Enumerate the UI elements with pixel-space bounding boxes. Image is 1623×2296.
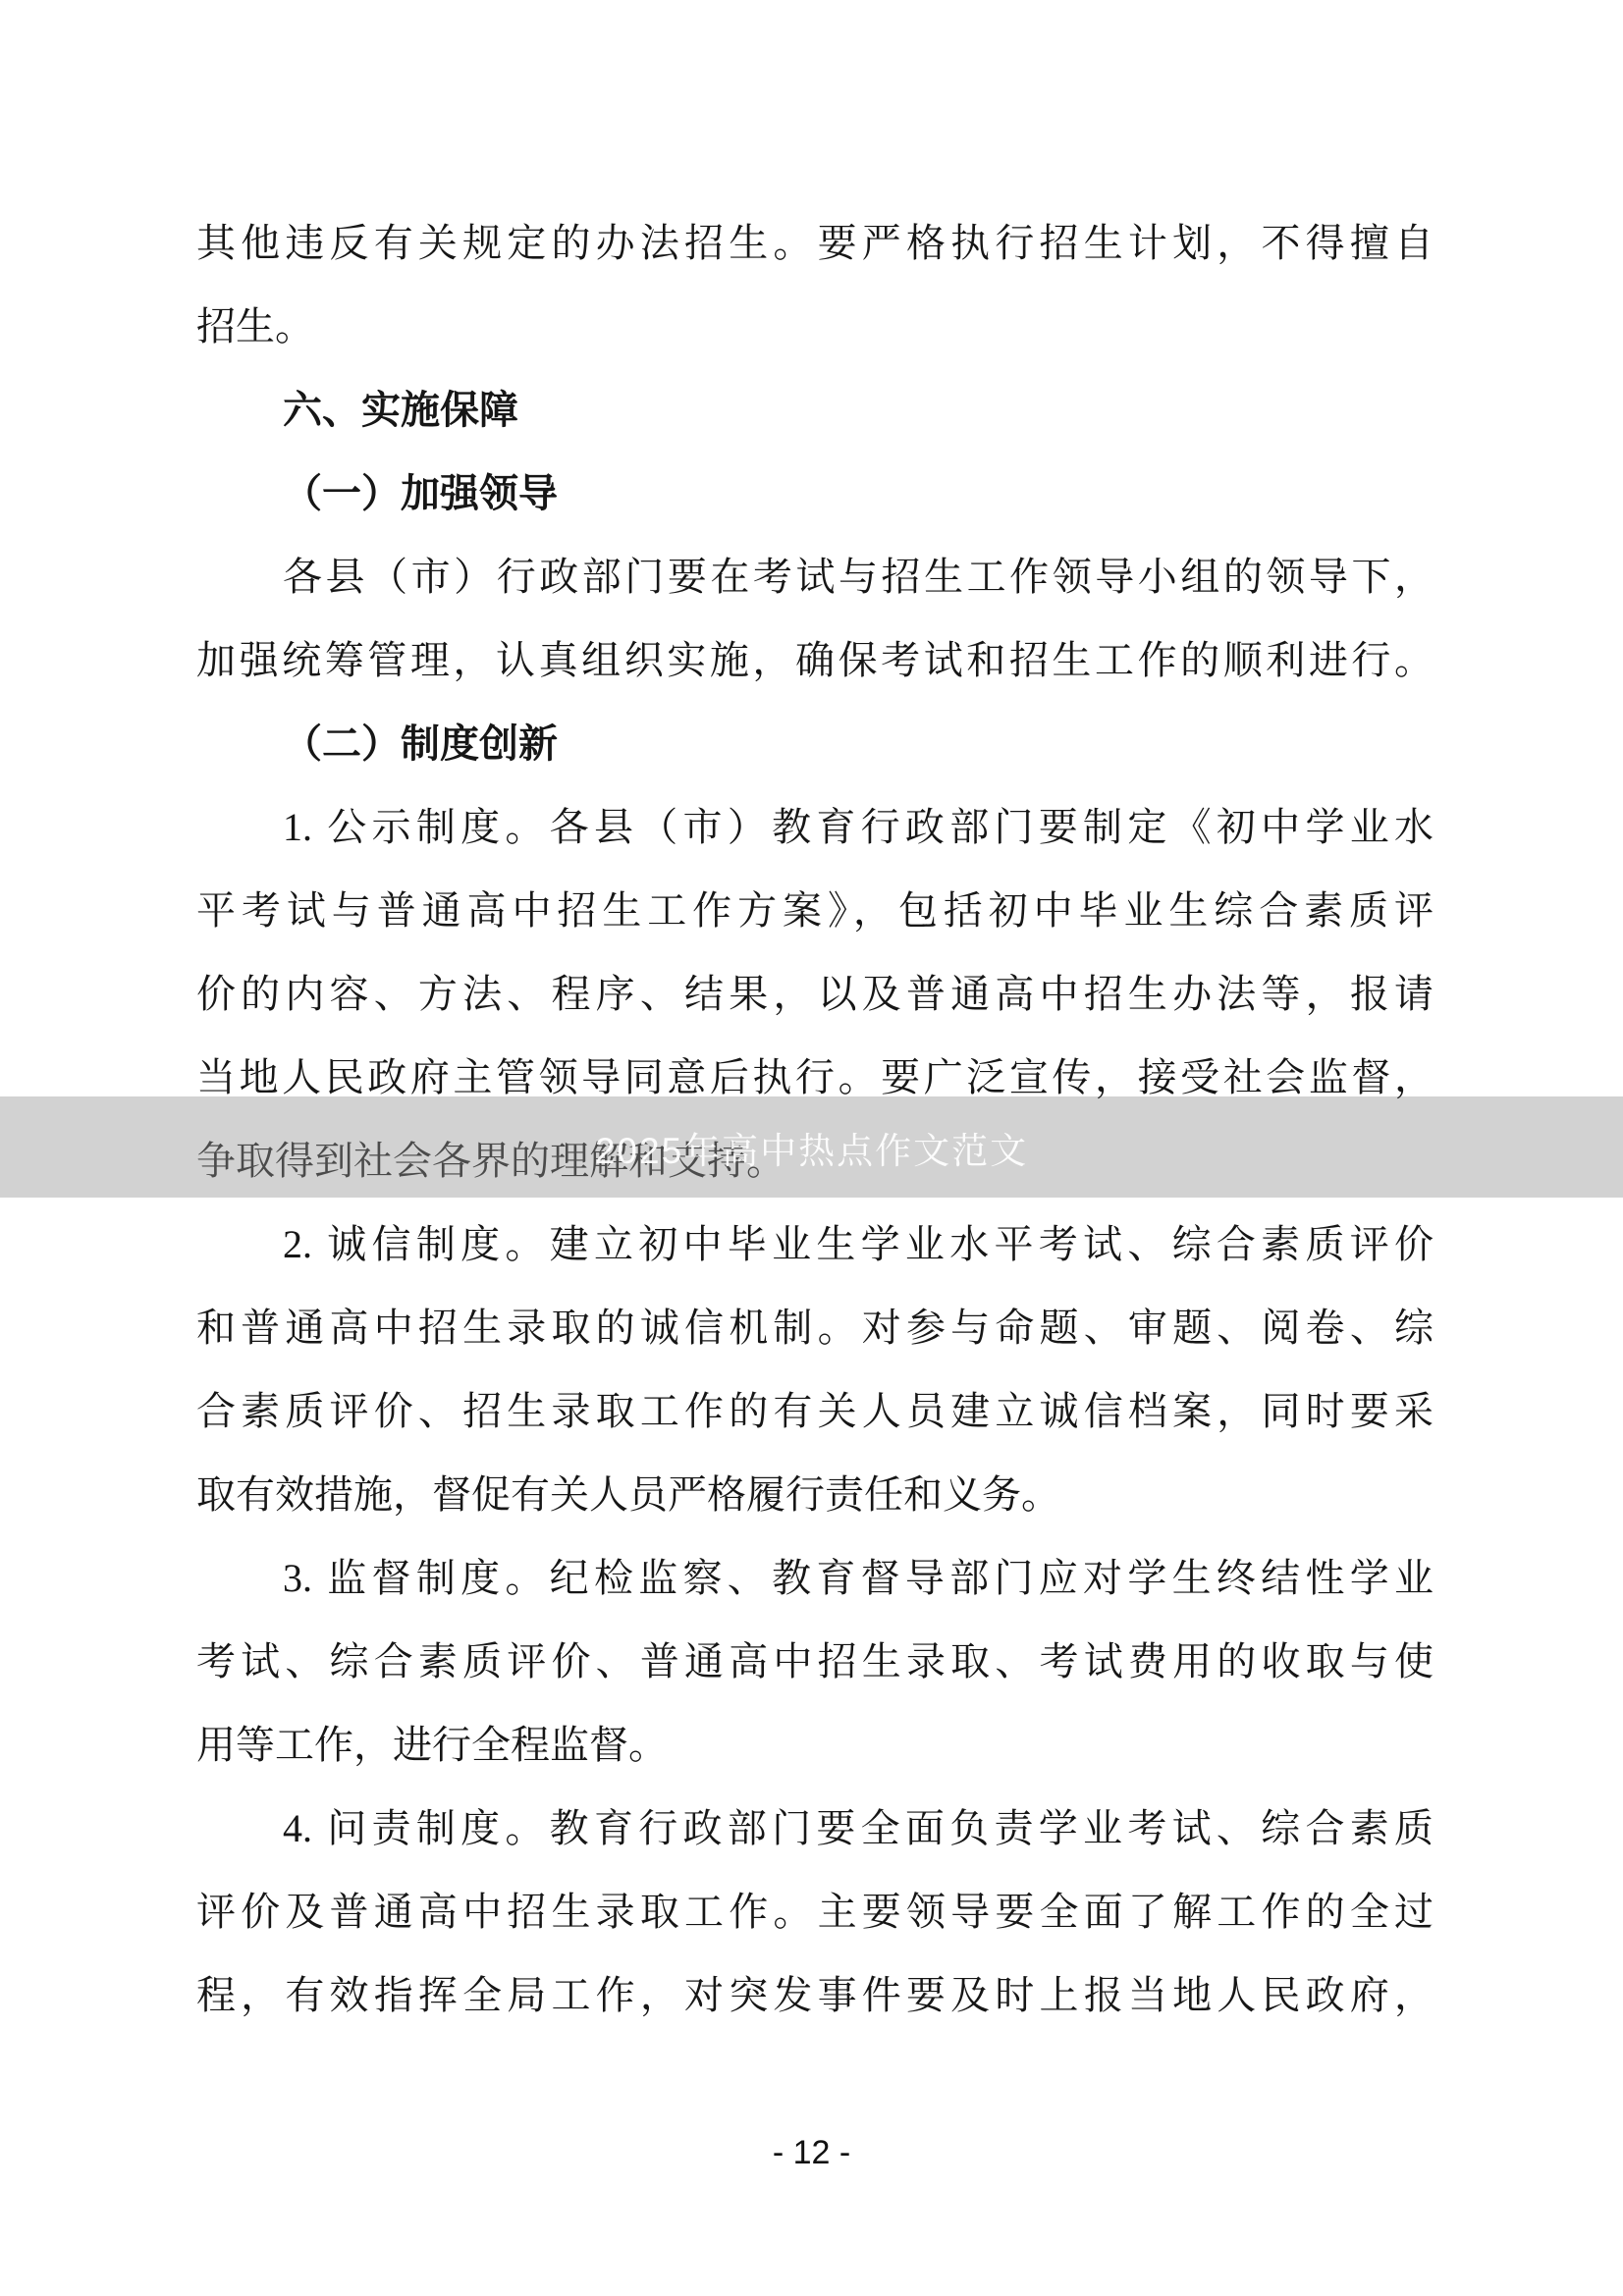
text-line: 1. 公示制度。各县（市）教育行政部门要制定《初中学业水 [196,785,1434,869]
page-number: - 12 - [0,2134,1623,2172]
text-line: 程，有效指挥全局工作，对突发事件要及时上报当地人民政府， [196,1953,1434,2037]
text-line: 当地人民政府主管领导同意后执行。要广泛宣传，接受社会监督， [196,1036,1434,1119]
text-line: 争取得到社会各界的理解和支持。 [196,1119,1434,1202]
text-line: 各县（市）行政部门要在考试与招生工作领导小组的领导下， [196,535,1434,618]
text-line: 价的内容、方法、程序、结果，以及普通高中招生办法等，报请 [196,952,1434,1036]
document-body: 其他违反有关规定的办法招生。要严格执行招生计划，不得擅自招生。六、实施保障（一）… [196,201,1434,2037]
text-line: 用等工作，进行全程监督。 [196,1703,1434,1787]
text-line: 加强统筹管理，认真组织实施，确保考试和招生工作的顺利进行。 [196,618,1434,702]
text-line: 平考试与普通高中招生工作方案》，包括初中毕业生综合素质评 [196,869,1434,952]
text-line: 合素质评价、招生录取工作的有关人员建立诚信档案，同时要采 [196,1369,1434,1453]
text-line: 4. 问责制度。教育行政部门要全面负责学业考试、综合素质 [196,1787,1434,1870]
text-line: 六、实施保障 [196,368,1434,452]
text-line: 取有效措施，督促有关人员严格履行责任和义务。 [196,1453,1434,1536]
text-line: 3. 监督制度。纪检监察、教育督导部门应对学生终结性学业 [196,1536,1434,1620]
text-line: 评价及普通高中招生录取工作。主要领导要全面了解工作的全过 [196,1870,1434,1953]
text-line: （二）制度创新 [196,702,1434,785]
text-line: （一）加强领导 [196,452,1434,535]
text-line: 其他违反有关规定的办法招生。要严格执行招生计划，不得擅自 [196,201,1434,285]
text-line: 2. 诚信制度。建立初中毕业生学业水平考试、综合素质评价 [196,1202,1434,1286]
document-page: 其他违反有关规定的办法招生。要严格执行招生计划，不得擅自招生。六、实施保障（一）… [0,0,1623,2296]
text-line: 和普通高中招生录取的诚信机制。对参与命题、审题、阅卷、综 [196,1286,1434,1369]
text-line: 招生。 [196,285,1434,368]
text-line: 考试、综合素质评价、普通高中招生录取、考试费用的收取与使 [196,1620,1434,1703]
